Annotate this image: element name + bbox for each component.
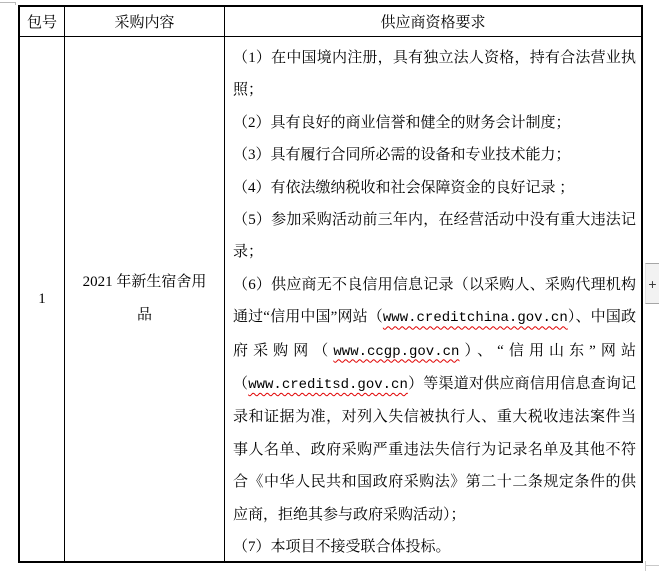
cropped-ui-edge-bottom-right-horizontal	[646, 565, 659, 566]
package-no-value: 1	[26, 283, 58, 316]
scrollbar-expand-button[interactable]: +	[645, 263, 659, 304]
cell-supplier-qualification: （1）在中国境内注册，具有独立法人资格，持有合法营业执照；（2）具有良好的商业信…	[225, 37, 641, 561]
requirement-url-text: www.ccgp.gov.cn	[333, 344, 459, 360]
column-header-label: 包号	[27, 11, 57, 32]
requirement-url-text: www.creditsd.gov.cn	[248, 377, 408, 393]
cropped-ui-edge-bottom-right-vertical	[645, 561, 646, 571]
requirement-item: （4）有依法缴纳税收和社会保障资金的良好记录 ；	[233, 172, 636, 204]
column-header-supplier-qualification: 供应商资格要求	[225, 7, 641, 37]
requirement-item: （7）本项目不接受联合体投标。	[233, 531, 636, 561]
supplier-qualification-table: 包号 采购内容 供应商资格要求 1 2021 年新生宿舍用品 （1）在中国境内注…	[18, 5, 643, 563]
requirement-text: （7）本项目不接受联合体投标。	[233, 539, 451, 555]
document-page: 包号 采购内容 供应商资格要求 1 2021 年新生宿舍用品 （1）在中国境内注…	[0, 0, 659, 571]
requirement-text: （4）有依法缴纳税收和社会保障资金的良好记录 ；	[233, 180, 574, 196]
column-header-label: 供应商资格要求	[380, 11, 485, 32]
plus-icon: +	[648, 276, 656, 292]
cell-procurement-content: 2021 年新生宿舍用品	[65, 37, 225, 561]
cell-package-no: 1	[20, 37, 65, 561]
column-header-package-no: 包号	[20, 7, 65, 37]
requirement-url-text: www.creditchina.gov.cn	[383, 310, 568, 326]
requirement-text: （5）参加采购活动前三年内，在经营活动中没有重大违法记录；	[233, 212, 636, 260]
requirement-item: （3）具有履行合同所必需的设备和专业技术能力；	[233, 139, 636, 171]
requirement-text: （3）具有履行合同所必需的设备和专业技术能力；	[233, 147, 571, 163]
cropped-ui-edge-top-left-corner	[15, 2, 16, 5]
requirement-item: （1）在中国境内注册，具有独立法人资格，持有合法营业执照；	[233, 42, 636, 107]
requirement-text: ）等渠道对供应商信用信息查询记录和证据为准，对列入失信被执行人、重大税收违法案件…	[233, 376, 636, 523]
requirement-item: （2）具有良好的商业信誉和健全的财务会计制度；	[233, 107, 636, 139]
column-header-label: 采购内容	[114, 11, 174, 32]
requirement-item: （5）参加采购活动前三年内，在经营活动中没有重大违法记录；	[233, 204, 636, 269]
column-header-procurement-content: 采购内容	[65, 7, 225, 37]
requirement-text: （1）在中国境内注册，具有独立法人资格，持有合法营业执照；	[233, 50, 636, 98]
cropped-ui-edge-top-left	[0, 2, 16, 3]
procurement-content-value: 2021 年新生宿舍用品	[65, 266, 224, 332]
requirement-item: （6）供应商无不良信用信息记录（以采购人、采购代理机构通过“信用中国”网站（ww…	[233, 269, 636, 531]
requirement-text: （2）具有良好的商业信誉和健全的财务会计制度；	[233, 115, 571, 131]
